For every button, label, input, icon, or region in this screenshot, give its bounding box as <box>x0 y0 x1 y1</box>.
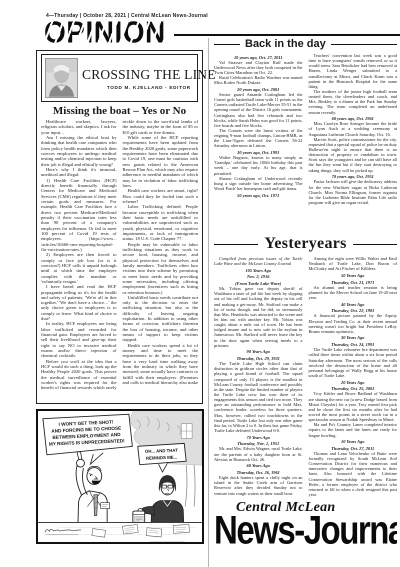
yesteryears-item: 20 Years Ago <box>309 380 398 385</box>
back-in-the-day-title: Back in the day <box>240 38 331 50</box>
yesteryears-item: Ma and Pa's Country Lanes completed inte… <box>309 422 398 437</box>
back-in-the-day-item: Walter Bugnow, known to many simply as '… <box>214 155 303 176</box>
crossing-the-line-article: CROSSING THE LINE TODD M. KJELLAND - EDI… <box>36 50 203 404</box>
yesteryears-item: 70 Years Ago <box>214 435 303 440</box>
back-in-the-day-item: Teachers' convention last week was a goo… <box>309 53 398 89</box>
article-paragraph: Labor Trafficking defined: People become… <box>123 204 199 241</box>
column-byline: TODD M. KJELLAND - EDITOR <box>82 85 216 90</box>
yesteryears-item: Among the eight were Willis Walter and E… <box>309 256 398 271</box>
article-paragraph: In reality, HCF employees are being labo… <box>41 321 117 358</box>
article-headline: Missing the boat – Yes or No <box>41 105 198 117</box>
newspaper-logo: Central McLean News-Journal <box>214 500 397 558</box>
yesteryears-item: Nov. 2, 1916 <box>214 274 303 279</box>
left-column: CROSSING THE LINE TODD M. KJELLAND - EDI… <box>36 50 204 567</box>
header-rule-right <box>331 44 397 45</box>
speech-bubble-left: I WON'T GET THE SHOT! AND FORCING ME TO … <box>43 414 132 464</box>
logo-main-text: News-Journal <box>214 510 397 550</box>
yesteryears-item: The Turtle Lake volunteer fire departmen… <box>309 347 398 378</box>
speech-bubble-right: OH... AND THAT REMINDS ME... <box>138 443 186 472</box>
back-in-the-day-item: Senior guard Amanda Cottingham led the C… <box>214 92 303 128</box>
right-column: Back in the day 10 years ago, Oct. 27, 2… <box>208 38 400 567</box>
yesteryears-body: Compiled from previous issues of the Tur… <box>214 256 397 498</box>
page-content: CROSSING THE LINE TODD M. KJELLAND - EDI… <box>36 38 400 567</box>
yesteryears-item: Mr. Tobias gave our deputy sheriff of Wa… <box>214 286 303 348</box>
yesteryears-item: 105 Years Ago <box>214 268 303 273</box>
desk <box>38 522 202 541</box>
article-paragraph: Unfulfilled basic needs contribute not o… <box>123 295 199 343</box>
yesteryears-header: Yesteryears <box>214 235 397 253</box>
back-in-the-day-item: Marvin Scott, police commissioner for th… <box>309 137 398 173</box>
back-in-the-day-body: 10 years ago, Oct. 27, 2011Val Strasser … <box>214 53 397 231</box>
yesteryears-item: The Turtle Lake High School can claim di… <box>214 361 303 433</box>
article-paragraph: While some of the HCF reporting requirem… <box>123 135 199 188</box>
editor-photo <box>45 58 78 98</box>
article-paragraph: 2) Employees are then forced to comply o… <box>41 252 117 284</box>
yesteryears-item: A financial picture painted by the Equit… <box>309 313 398 334</box>
yesteryears-item: 30 Years Ago <box>309 335 398 340</box>
article-paragraph: I have heard and read the HCF propaganda… <box>41 284 117 321</box>
article-paragraph: People may be vulnerable to labor traffi… <box>123 242 199 295</box>
back-in-the-day-item: Rural Celebration's Radio Wardner was na… <box>214 75 303 85</box>
editorial-cartoon: I WON'T GET THE SHOT! AND FORCING ME TO … <box>36 409 204 544</box>
article-body: Healthcare workers, lawyers, religious s… <box>41 119 198 395</box>
yesteryears-title: Yesteryears <box>258 235 352 253</box>
kicker-text: CROSSING THE LINE TODD M. KJELLAND - EDI… <box>82 67 216 90</box>
yesteryears-item: Compiled from previous issues of the Tur… <box>214 256 303 266</box>
back-in-the-day-header: Back in the day <box>214 38 397 50</box>
yesteryears-item: An alumni and teacher reunion is being p… <box>309 285 398 300</box>
yesteryears-item: Eight duck hunters spent a chilly night … <box>214 475 303 496</box>
article-paragraph: 1) Health Care Facilities (HCF) directly… <box>41 178 117 253</box>
yesteryears-item: 60 Years Ago <box>214 463 303 468</box>
column-title: CROSSING THE LINE <box>82 67 216 83</box>
article-paragraph: Health care workers are smart, right? Ho… <box>123 188 199 204</box>
article-paragraph: Healthcare workers, lawyers, religious s… <box>41 119 117 135</box>
back-in-the-day-item: The mothers of the junior high football … <box>309 89 398 115</box>
header-rule-left <box>214 44 240 45</box>
newspaper-opinion-page: 4—Thursday | October 28, 2021 | Central … <box>0 0 400 567</box>
column-kicker: CROSSING THE LINE TODD M. KJELLAND - EDI… <box>41 54 198 102</box>
yesteryears-item: Troy Kittler and Bruce Badland of Washbu… <box>309 391 398 422</box>
back-in-the-day-item: Val Strasser and Clayton Ruff made the U… <box>214 60 303 75</box>
masthead-rule <box>174 34 400 36</box>
yesteryears-item: 90 Years Ago <box>214 349 303 354</box>
back-in-the-day-item: Sharon Cottingham of Underwood recently … <box>214 176 303 191</box>
article-paragraph: Am I missing the ethical boat by thinkin… <box>41 135 117 167</box>
header-rule-left <box>214 244 258 245</box>
header-rule-right <box>353 244 397 245</box>
back-in-the-day-item: Pastor Jackson will give the dedicatory … <box>309 179 398 205</box>
yesteryears-item: 10 Years Ago <box>309 439 398 444</box>
back-in-the-day-item: The Comets were the latest victims of th… <box>214 128 303 149</box>
yesteryears-item: 40 Years Ago <box>309 302 398 307</box>
back-in-the-day-item: Miss Carolyn Rose Stringer became the br… <box>309 121 398 136</box>
back-in-the-day-item: 50 years ago, Oct. 1971 <box>214 193 303 198</box>
yesteryears-item: Mr. and Mrs. Edwin Wagner, rural Turtle … <box>214 446 303 461</box>
article-paragraph: Here's why I think it's immoral, unethic… <box>41 167 117 178</box>
yesteryears-item: Thomas and Lana Velochenko of Butte were… <box>309 451 398 497</box>
yesteryears-item: 50 Years Ago <box>309 273 398 278</box>
